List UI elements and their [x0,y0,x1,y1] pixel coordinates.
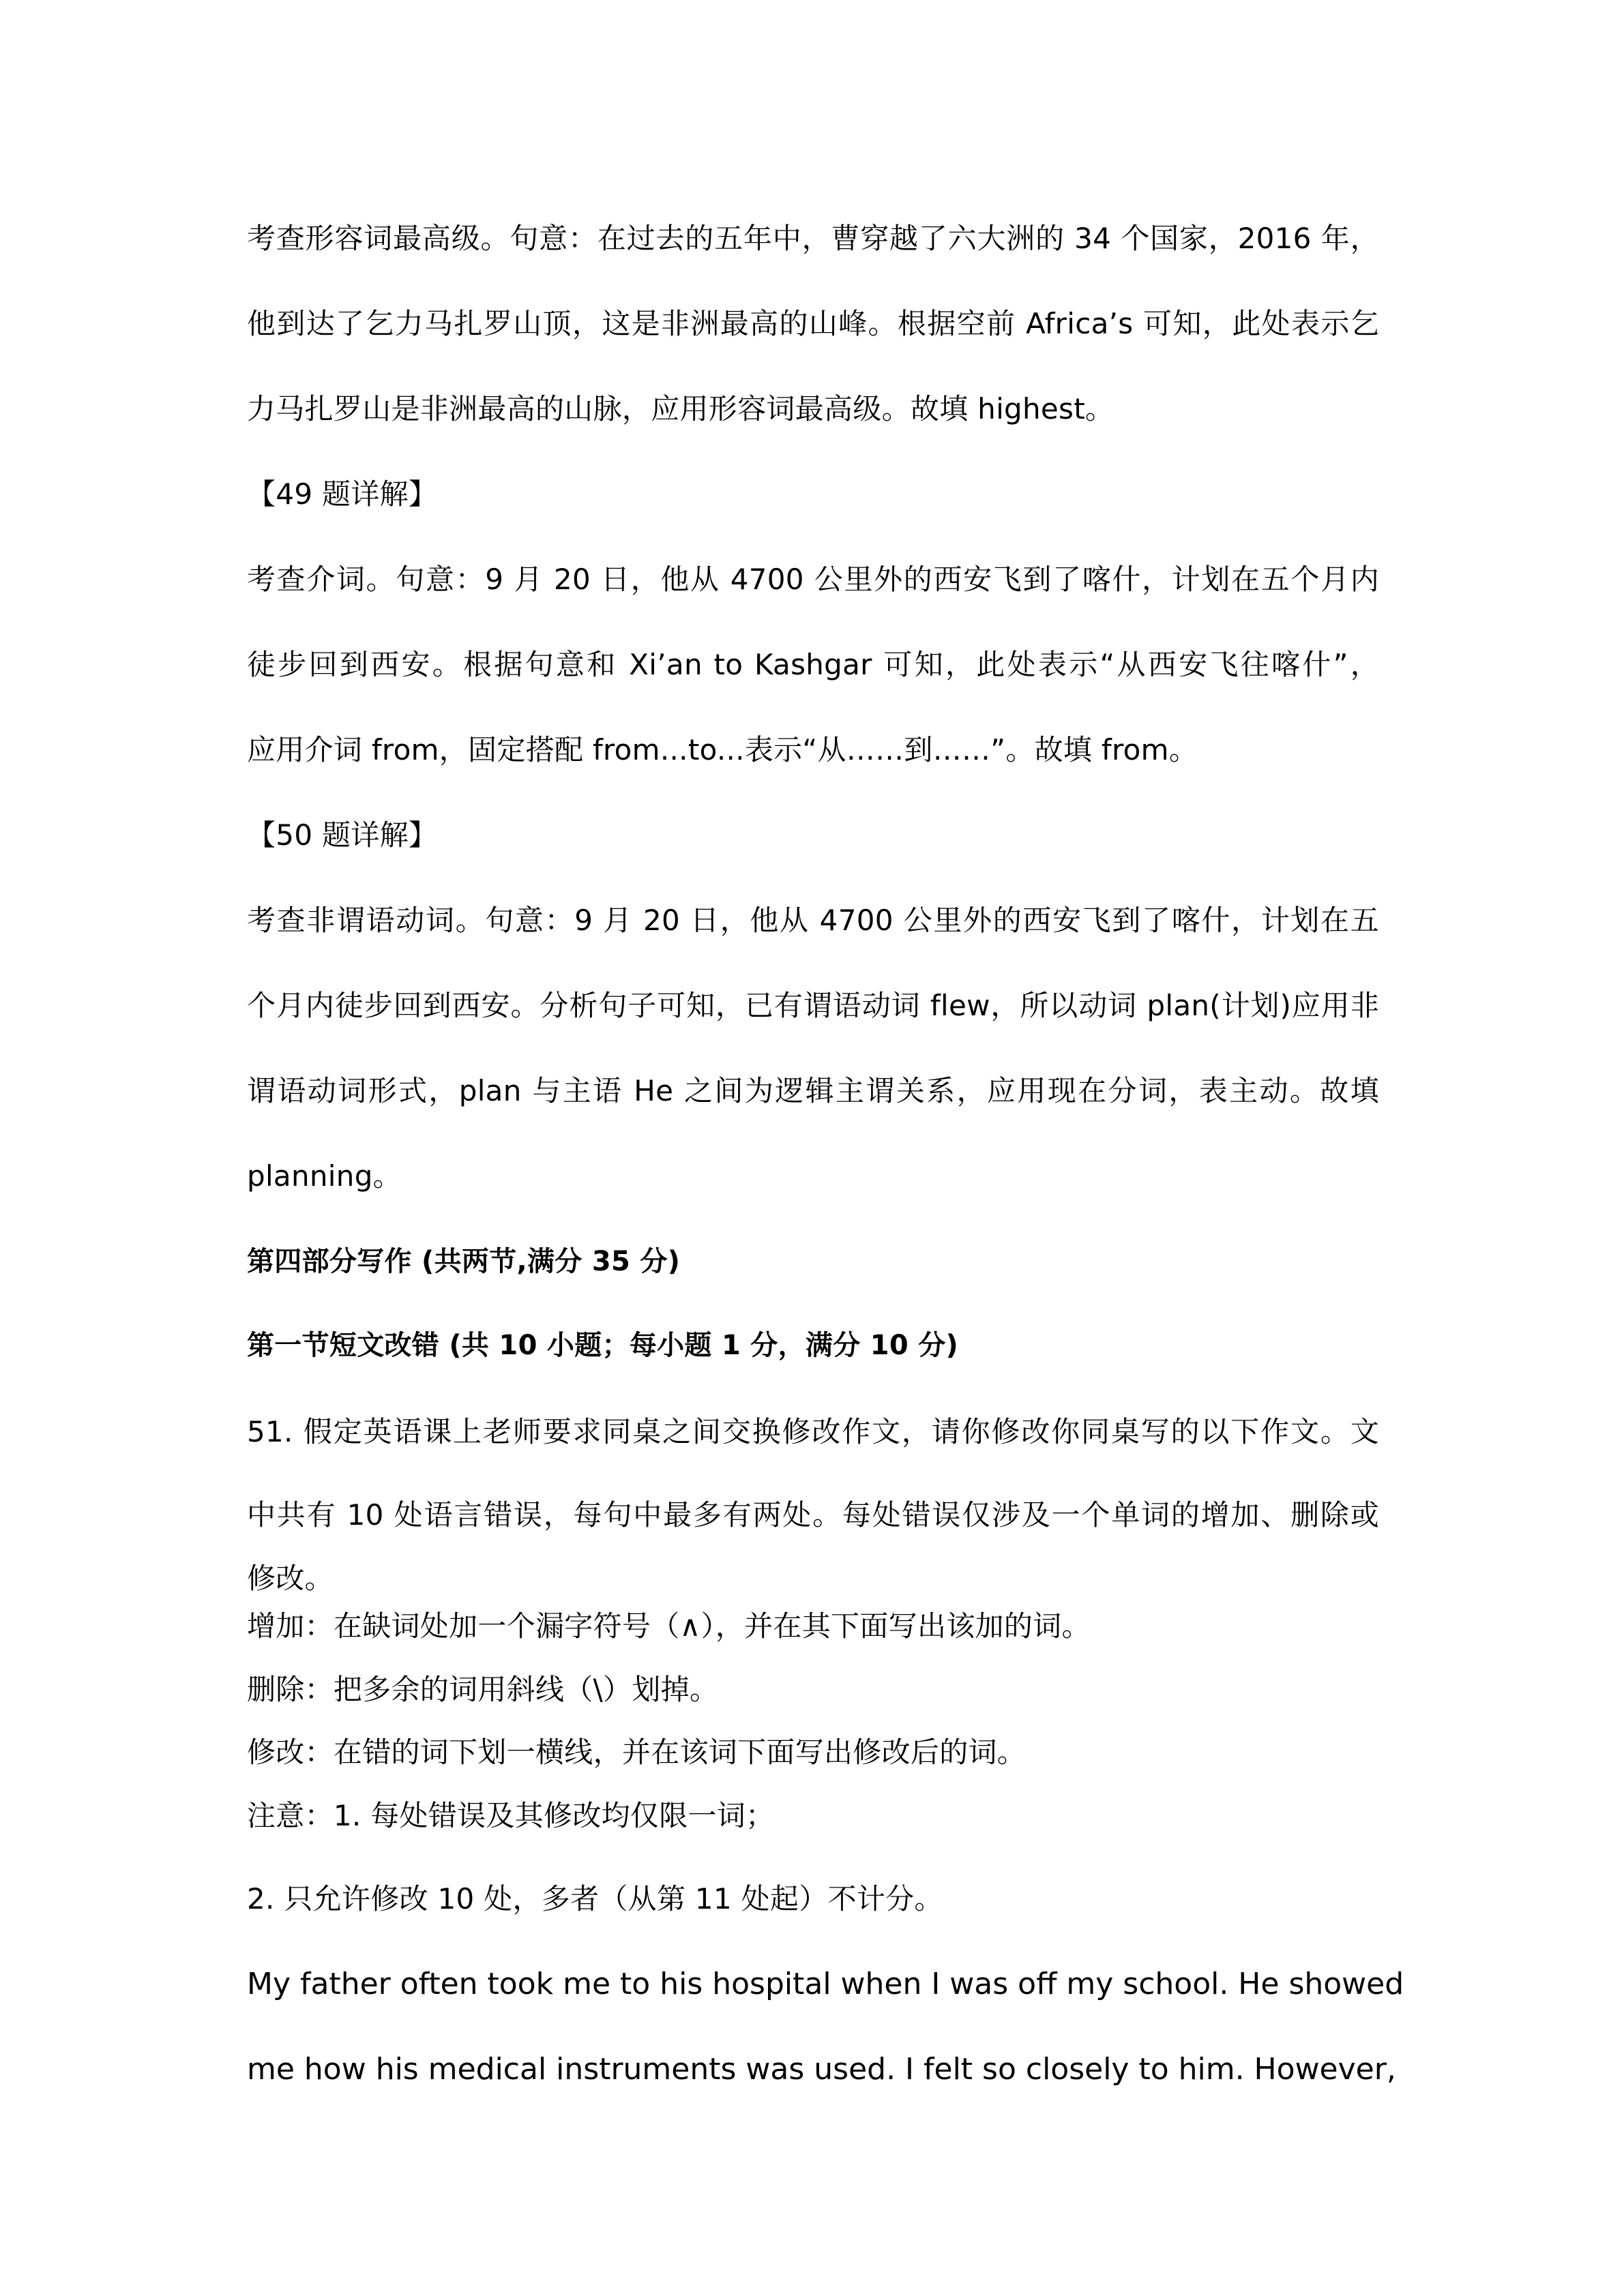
q51-intro-line-3: 修改。 [247,1560,1379,1598]
q50-heading: 【50 题详解】 [247,816,1379,854]
rule-add: 增加：在缺词处加一个漏字符号（∧），并在其下面写出该加的词。 [247,1607,1379,1645]
rule-note-1: 注意：1. 每处错误及其修改均仅限一词； [247,1797,1379,1835]
q51-intro-line-2: 中共有 10 处语言错误，每句中最多有两处。每处错误仅涉及一个单词的增加、删除或 [247,1496,1379,1534]
q49-explanation-line-3: 应用介词 from，固定搭配 from...to...表示“从……到……”。故填… [247,731,1379,769]
q49-explanation-line-1: 考查介词。句意：9 月 20 日，他从 4700 公里外的西安飞到了喀什，计划在… [247,561,1379,599]
q50-explanation-line-2: 个月内徒步回到西安。分析句子可知，已有谓语动词 flew，所以动词 plan(计… [247,987,1379,1025]
q50-explanation-line-4: planning。 [247,1157,1379,1195]
section1-title: 第一节短文改错 (共 10 小题；每小题 1 分，满分 10 分) [247,1326,1379,1365]
rule-delete: 删除：把多余的词用斜线（\）划掉。 [247,1671,1379,1709]
q50-explanation-line-1: 考查非谓语动词。句意：9 月 20 日，他从 4700 公里外的西安飞到了喀什，… [247,901,1379,940]
passage-line-1: My father often took me to his hospital … [247,1965,1379,2003]
q49-explanation-line-2: 徒步回到西安。根据句意和 Xi’an to Kashgar 可知，此处表示“从西… [247,646,1379,684]
q48-explanation-line-3: 力马扎罗山是非洲最高的山脉，应用形容词最高级。故填 highest。 [247,390,1379,428]
rule-note-2: 2. 只允许修改 10 处，多者（从第 11 处起）不计分。 [247,1880,1379,1918]
q48-explanation-line-2: 他到达了乞力马扎罗山顶，这是非洲最高的山峰。根据空前 Africa’s 可知，此… [247,305,1379,343]
q48-explanation-line-1: 考查形容词最高级。句意：在过去的五年中，曹穿越了六大洲的 34 个国家，2016… [247,220,1379,258]
document-page: 考查形容词最高级。句意：在过去的五年中，曹穿越了六大洲的 34 个国家，2016… [0,0,1624,2296]
rule-modify: 修改：在错的词下划一横线，并在该词下面写出修改后的词。 [247,1733,1379,1772]
passage-line-2: me how his medical instruments was used.… [247,2051,1379,2089]
q50-explanation-line-3: 谓语动词形式，plan 与主语 He 之间为逻辑主谓关系，应用现在分词，表主动。… [247,1072,1379,1110]
q49-heading: 【49 题详解】 [247,475,1379,513]
part4-title: 第四部分写作 (共两节,满分 35 分) [247,1242,1379,1281]
q51-intro-line-1: 51. 假定英语课上老师要求同桌之间交换修改作文，请你修改你同桌写的以下作文。文 [247,1413,1379,1451]
